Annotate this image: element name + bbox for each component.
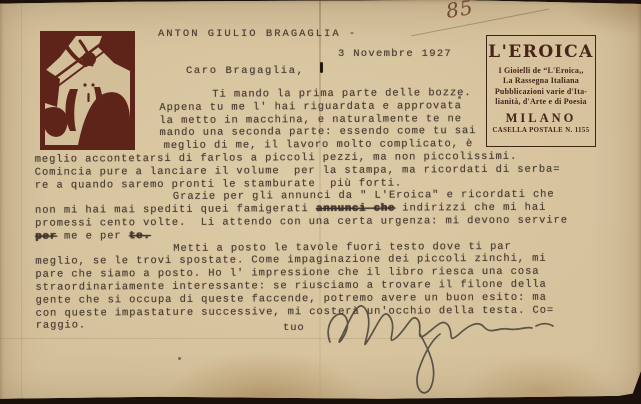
letterhead-title: L'EROICA — [487, 42, 595, 62]
ink-speck — [178, 357, 181, 360]
recipient-name: ANTON GIULIO BRAGAGLIA - — [158, 28, 357, 40]
overstruck-text: te. — [129, 230, 151, 242]
overstruck-text: per — [35, 230, 57, 242]
letterhead-line: I Gioielli de “L'Eroica,, — [487, 66, 595, 76]
fold-crease-left — [21, 0, 22, 404]
letterhead-line: Pubblicazioni varie d'Ita- — [487, 87, 595, 97]
letterhead-line: lianità, d'Arte e di Poesia — [487, 97, 595, 107]
body-line-segment: me e per — [57, 230, 129, 242]
handwritten-page-number: 85 — [444, 0, 475, 23]
letter-paper: 85 ANTON GIULIO BRAGAGLIA - 3 Novembre 1… — [0, 0, 641, 404]
overstruck-text: annunci che — [316, 203, 395, 215]
salutation: Caro Bragaglia, — [186, 65, 305, 77]
letterhead-postal: CASELLA POSTALE N. 1155 — [487, 127, 595, 134]
letter-scan: 85 ANTON GIULIO BRAGAGLIA - 3 Novembre 1… — [0, 0, 641, 404]
letterhead-line: La Rassegna Italiana — [487, 76, 595, 86]
signature-scrawl — [322, 292, 562, 397]
letter-date: 3 Novembre 1927 — [338, 48, 452, 60]
letterhead-city: MILANO — [487, 111, 595, 126]
body-line-segment: indirizzi che mi hai — [395, 202, 546, 215]
ink-blot — [320, 62, 323, 73]
letterhead-box: L'EROICA I Gioielli de “L'Eroica,, La Ra… — [486, 35, 596, 147]
closing-word: tuo — [283, 322, 305, 334]
fold-crease-diagonal — [411, 9, 549, 37]
body-line-segment: non mi hai mai spediti quei famigerati — [35, 203, 316, 217]
